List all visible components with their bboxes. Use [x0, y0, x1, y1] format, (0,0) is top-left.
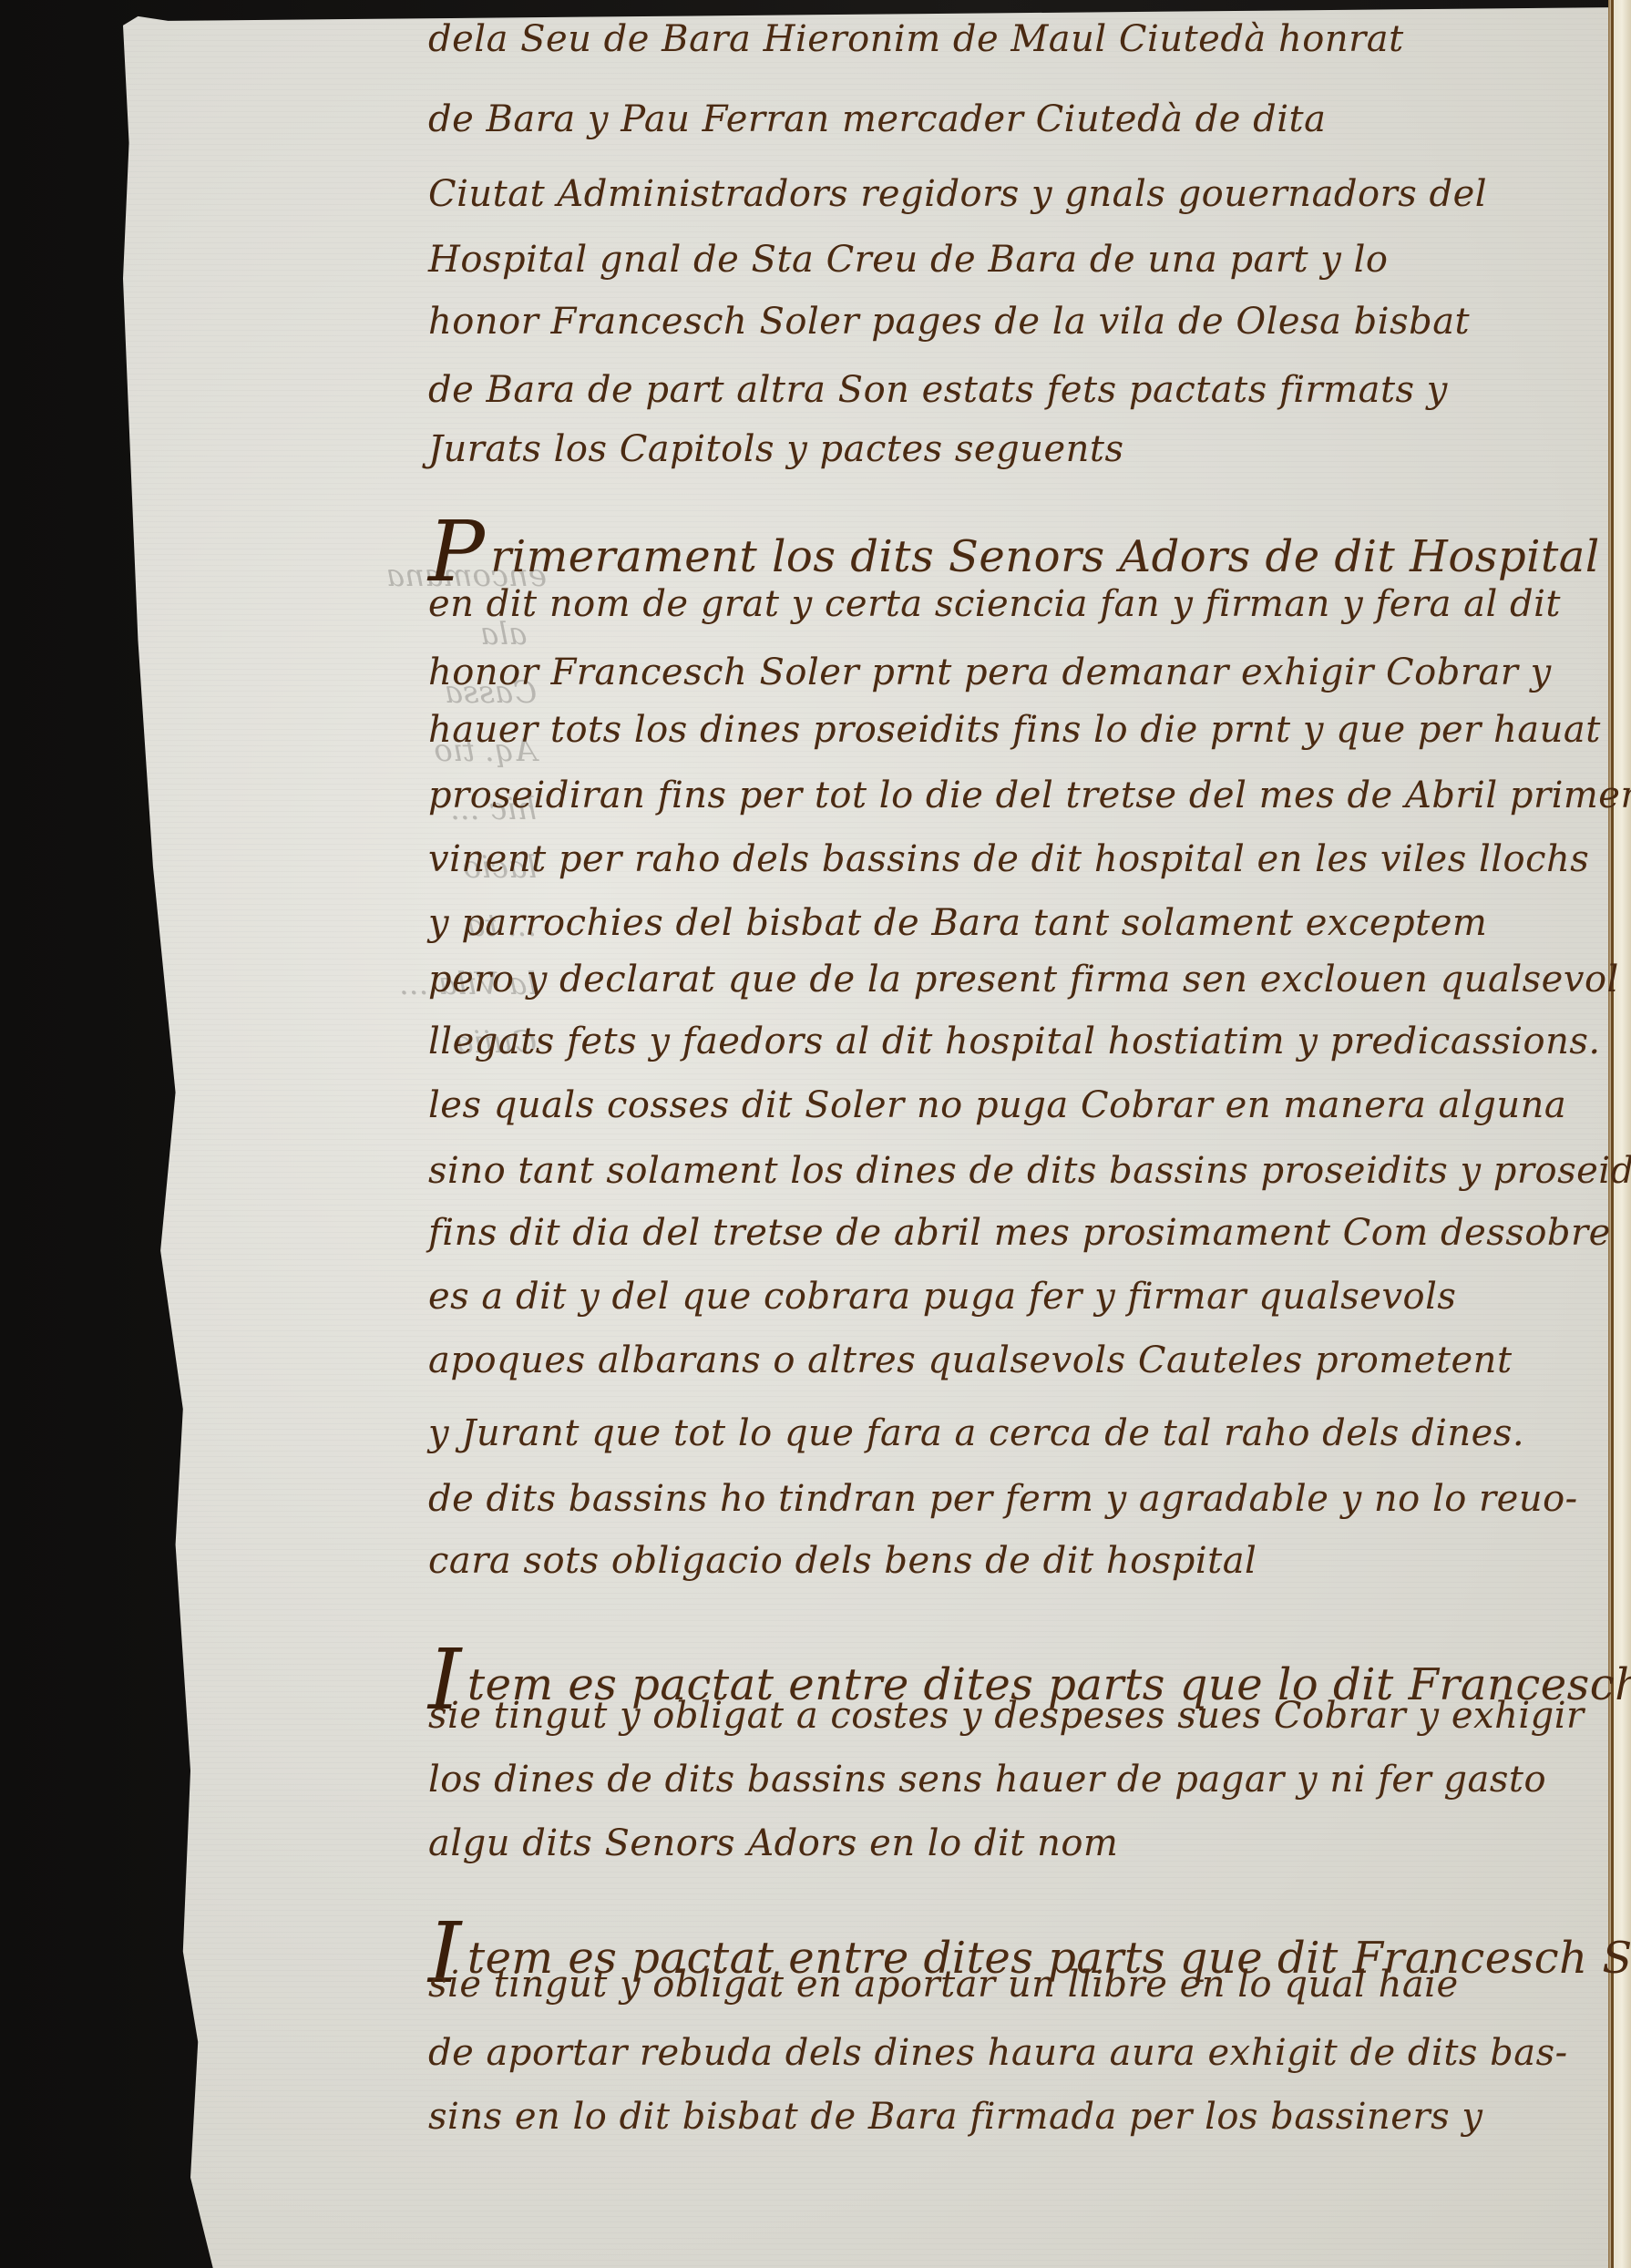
manuscript-line: hauer tots los dines proseidits fins lo …	[428, 709, 1601, 751]
line-text: de Bara de part altra Son estats fets pa…	[428, 369, 1448, 411]
line-text: sie tingut y obligat a costes y despeses…	[428, 1695, 1585, 1737]
manuscript-line: proseidiran fins per tot lo die del tret…	[428, 775, 1631, 816]
manuscript-line: sins en lo dit bisbat de Bara firmada pe…	[428, 2096, 1482, 2138]
manuscript-line: sie tingut y obligat en aportar un llibr…	[428, 1964, 1459, 2006]
line-text: Jurats los Capitols y pactes seguents	[428, 428, 1124, 470]
line-text: rimerament los dits Senors Adors de dit …	[490, 531, 1599, 582]
manuscript-line: sie tingut y obligat a costes y despeses…	[428, 1695, 1585, 1737]
manuscript-line: de Bara de part altra Son estats fets pa…	[428, 369, 1448, 411]
line-text: Ciutat Administradors regidors y gnals g…	[428, 173, 1487, 215]
manuscript-line: llegats fets y faedors al dit hospital h…	[428, 1021, 1601, 1062]
manuscript-line: vinent per raho dels bassins de dit hosp…	[428, 838, 1589, 880]
line-text: honor Francesch Soler pages de la vila d…	[428, 301, 1470, 343]
line-text: de dits bassins ho tindran per ferm y ag…	[428, 1478, 1578, 1520]
manuscript-line: Jurats los Capitols y pactes seguents	[428, 428, 1124, 470]
line-text: honor Francesch Soler prnt pera demanar …	[428, 652, 1552, 693]
manuscript-line: pero y declarat que de la present firma …	[428, 959, 1619, 1001]
manuscript-line: los dines de dits bassins sens hauer de …	[428, 1759, 1546, 1801]
line-text: sino tant solament los dines de dits bas…	[428, 1150, 1631, 1192]
line-text: sins en lo dit bisbat de Bara firmada pe…	[428, 2096, 1482, 2138]
manuscript-line: y Jurant que tot lo que fara a cerca de …	[428, 1412, 1524, 1454]
line-text: proseidiran fins per tot lo die del tret…	[428, 775, 1631, 816]
line-text: Hospital gnal de Sta Creu de Bara de una…	[428, 239, 1389, 281]
line-text: vinent per raho dels bassins de dit hosp…	[428, 838, 1589, 880]
manuscript-line: es a dit y del que cobrara puga fer y fi…	[428, 1276, 1456, 1318]
line-text: de aportar rebuda dels dines haura aura …	[428, 2032, 1568, 2074]
manuscript-line: sino tant solament los dines de dits bas…	[428, 1150, 1631, 1192]
line-text: dela Seu de Bara Hieronim de Maul Ciuted…	[428, 18, 1404, 60]
manuscript-line: en dit nom de grat y certa sciencia fan …	[428, 583, 1561, 625]
manuscript-line: cara sots obligacio dels bens de dit hos…	[428, 1540, 1257, 1582]
line-text: apoques albarans o altres qualsevols Cau…	[428, 1339, 1513, 1381]
line-text: cara sots obligacio dels bens de dit hos…	[428, 1540, 1257, 1582]
line-text: llegats fets y faedors al dit hospital h…	[428, 1021, 1601, 1062]
line-text: y Jurant que tot lo que fara a cerca de …	[428, 1412, 1524, 1454]
line-text: les quals cosses dit Soler no puga Cobra…	[428, 1084, 1566, 1126]
manuscript-line: Ciutat Administradors regidors y gnals g…	[428, 173, 1487, 215]
line-text: algu dits Senors Adors en lo dit nom	[428, 1822, 1118, 1864]
manuscript-line: Hospital gnal de Sta Creu de Bara de una…	[428, 239, 1389, 281]
manuscript-line: de Bara y Pau Ferran mercader Ciutedà de…	[428, 98, 1326, 140]
manuscript-line: y parrochies del bisbat de Bara tant sol…	[428, 902, 1487, 944]
line-text: y parrochies del bisbat de Bara tant sol…	[428, 902, 1487, 944]
manuscript-line: honor Francesch Soler prnt pera demanar …	[428, 652, 1552, 693]
line-text: de Bara y Pau Ferran mercader Ciutedà de…	[428, 98, 1326, 140]
manuscript-line: fins dit dia del tretse de abril mes pro…	[428, 1212, 1611, 1254]
manuscript-line: honor Francesch Soler pages de la vila d…	[428, 301, 1470, 343]
line-text: fins dit dia del tretse de abril mes pro…	[428, 1212, 1611, 1254]
line-text: sie tingut y obligat en aportar un llibr…	[428, 1964, 1459, 2006]
manuscript-line: de dits bassins ho tindran per ferm y ag…	[428, 1478, 1578, 1520]
line-text: es a dit y del que cobrara puga fer y fi…	[428, 1276, 1456, 1318]
manuscript-line: dela Seu de Bara Hieronim de Maul Ciuted…	[428, 18, 1404, 60]
manuscript-line: les quals cosses dit Soler no puga Cobra…	[428, 1084, 1566, 1126]
manuscript-line: algu dits Senors Adors en lo dit nom	[428, 1822, 1118, 1864]
manuscript-line: de aportar rebuda dels dines haura aura …	[428, 2032, 1568, 2074]
manuscript-line: apoques albarans o altres qualsevols Cau…	[428, 1339, 1513, 1381]
line-text: los dines de dits bassins sens hauer de …	[428, 1759, 1546, 1801]
line-text: pero y declarat que de la present firma …	[428, 959, 1619, 1001]
line-text: hauer tots los dines proseidits fins lo …	[428, 709, 1601, 751]
line-text: en dit nom de grat y certa sciencia fan …	[428, 583, 1561, 625]
